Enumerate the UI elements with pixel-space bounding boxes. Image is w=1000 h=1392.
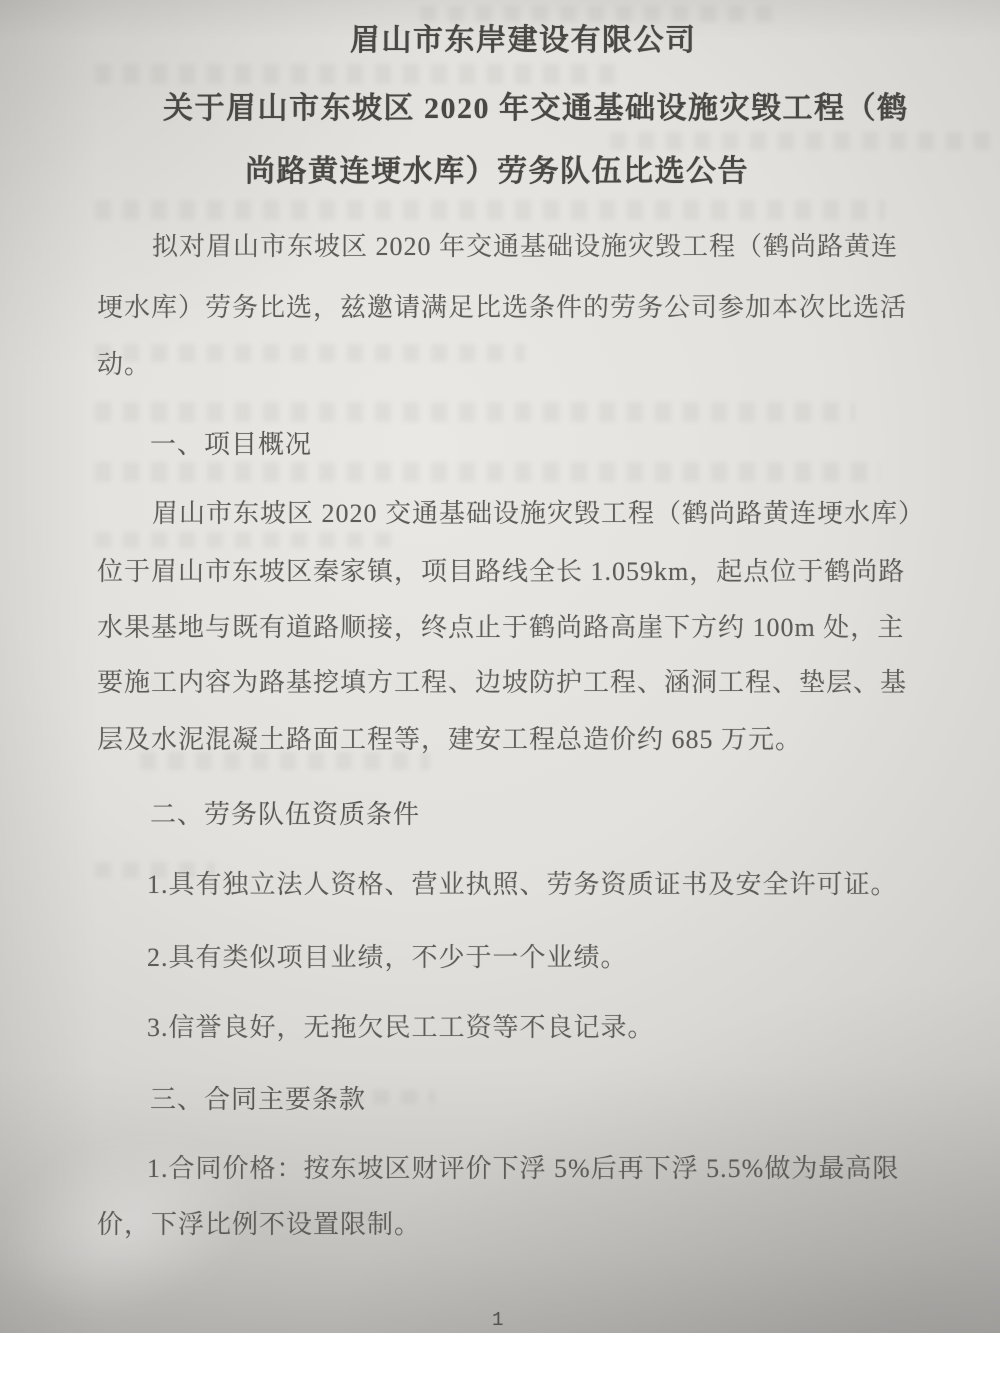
bleedthrough-row [95, 200, 885, 220]
section1-line-3: 水果基地与既有道路顺接，终点止于鹤尚路高崖下方约 100m 处，主 [97, 611, 904, 645]
bleedthrough-row [95, 462, 880, 482]
intro-line-2: 埂水库）劳务比选，兹邀请满足比选条件的劳务公司参加本次比选活 [97, 291, 907, 325]
bleedthrough-row [95, 532, 395, 548]
section1-line-5: 层及水泥混凝土路面工程等，建安工程总造价约 685 万元。 [97, 723, 802, 757]
notice-title-line-2: 尚路黄连埂水库）劳务队伍比选公告 [245, 155, 749, 189]
section1-heading: 一、项目概况 [150, 428, 312, 462]
notice-title-line-1: 关于眉山市东坡区 2020 年交通基础设施灾毁工程（鹤 [163, 92, 909, 126]
section1-line-1: 眉山市东坡区 2020 交通基础设施灾毁工程（鹤尚路黄连埂水库） [152, 497, 925, 531]
section2-item-1: 1.具有独立法人资格、营业执照、劳务资质证书及安全许可证。 [147, 868, 898, 902]
section2-heading: 二、劳务队伍资质条件 [150, 798, 420, 832]
bleedthrough-row [95, 344, 525, 362]
section3-heading: 三、合同主要条款 [150, 1083, 366, 1117]
section3-item1-line-2: 价，下浮比例不设置限制。 [97, 1208, 421, 1242]
bleedthrough-row [95, 402, 855, 422]
bleedthrough-row [95, 64, 615, 84]
bleedthrough-row [420, 6, 780, 22]
intro-line-1: 拟对眉山市东坡区 2020 年交通基础设施灾毁工程（鹤尚路黄连 [152, 230, 898, 264]
page-number: 1 [492, 1303, 504, 1333]
section3-item1-line-1: 1.合同价格：按东坡区财评价下浮 5%后再下浮 5.5%做为最高限 [147, 1152, 899, 1186]
section2-item-3: 3.信誉良好，无拖欠民工工资等不良记录。 [147, 1011, 655, 1045]
intro-line-3: 动。 [97, 348, 151, 382]
company-title: 眉山市东岸建设有限公司 [350, 24, 697, 58]
section2-item-2: 2.具有类似项目业绩，不少于一个业绩。 [147, 941, 628, 975]
section1-line-4: 要施工内容为路基挖填方工程、边坡防护工程、涵洞工程、垫层、基 [97, 666, 907, 700]
section1-line-2: 位于眉山市东坡区秦家镇，项目路线全长 1.059km，起点位于鹤尚路 [97, 555, 905, 589]
bleedthrough-row [610, 132, 990, 150]
document-page: 眉山市东岸建设有限公司 关于眉山市东坡区 2020 年交通基础设施灾毁工程（鹤 … [0, 0, 1000, 1333]
